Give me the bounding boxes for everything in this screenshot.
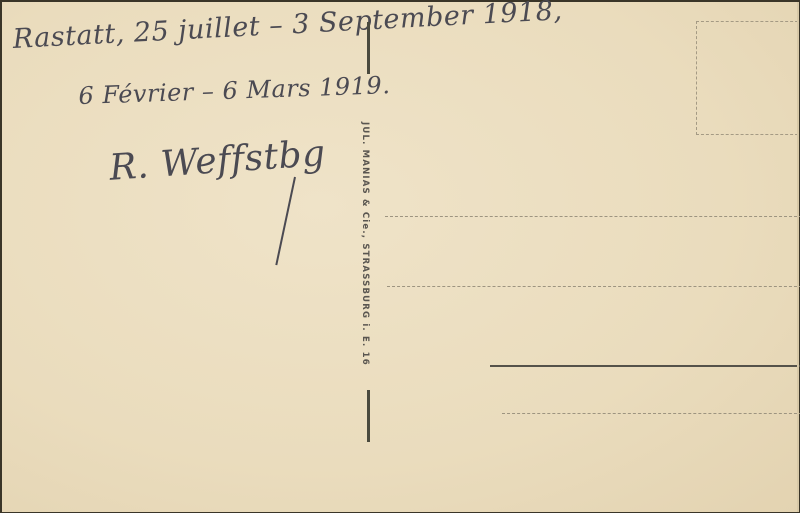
card-edge: [797, 2, 799, 512]
address-line-2: [387, 286, 800, 287]
handwritten-line-1: Rastatt, 25 juillet – 3 September 1918,: [12, 0, 563, 55]
stamp-box: [696, 21, 800, 135]
handwritten-line-2: 6 Février – 6 Mars 1919.: [78, 71, 391, 110]
address-line-1: [385, 216, 800, 217]
address-line-4: [502, 413, 800, 414]
printer-imprint: JUL. MANIAS & Cie., STRASSBURG i. E. 16: [360, 122, 370, 366]
postcard-back: Rastatt, 25 juillet – 3 September 1918, …: [2, 2, 799, 512]
center-divider-top: [367, 22, 370, 74]
signature-stroke: [275, 177, 296, 265]
center-divider-bottom: [367, 390, 370, 442]
address-line-3: [490, 365, 800, 367]
